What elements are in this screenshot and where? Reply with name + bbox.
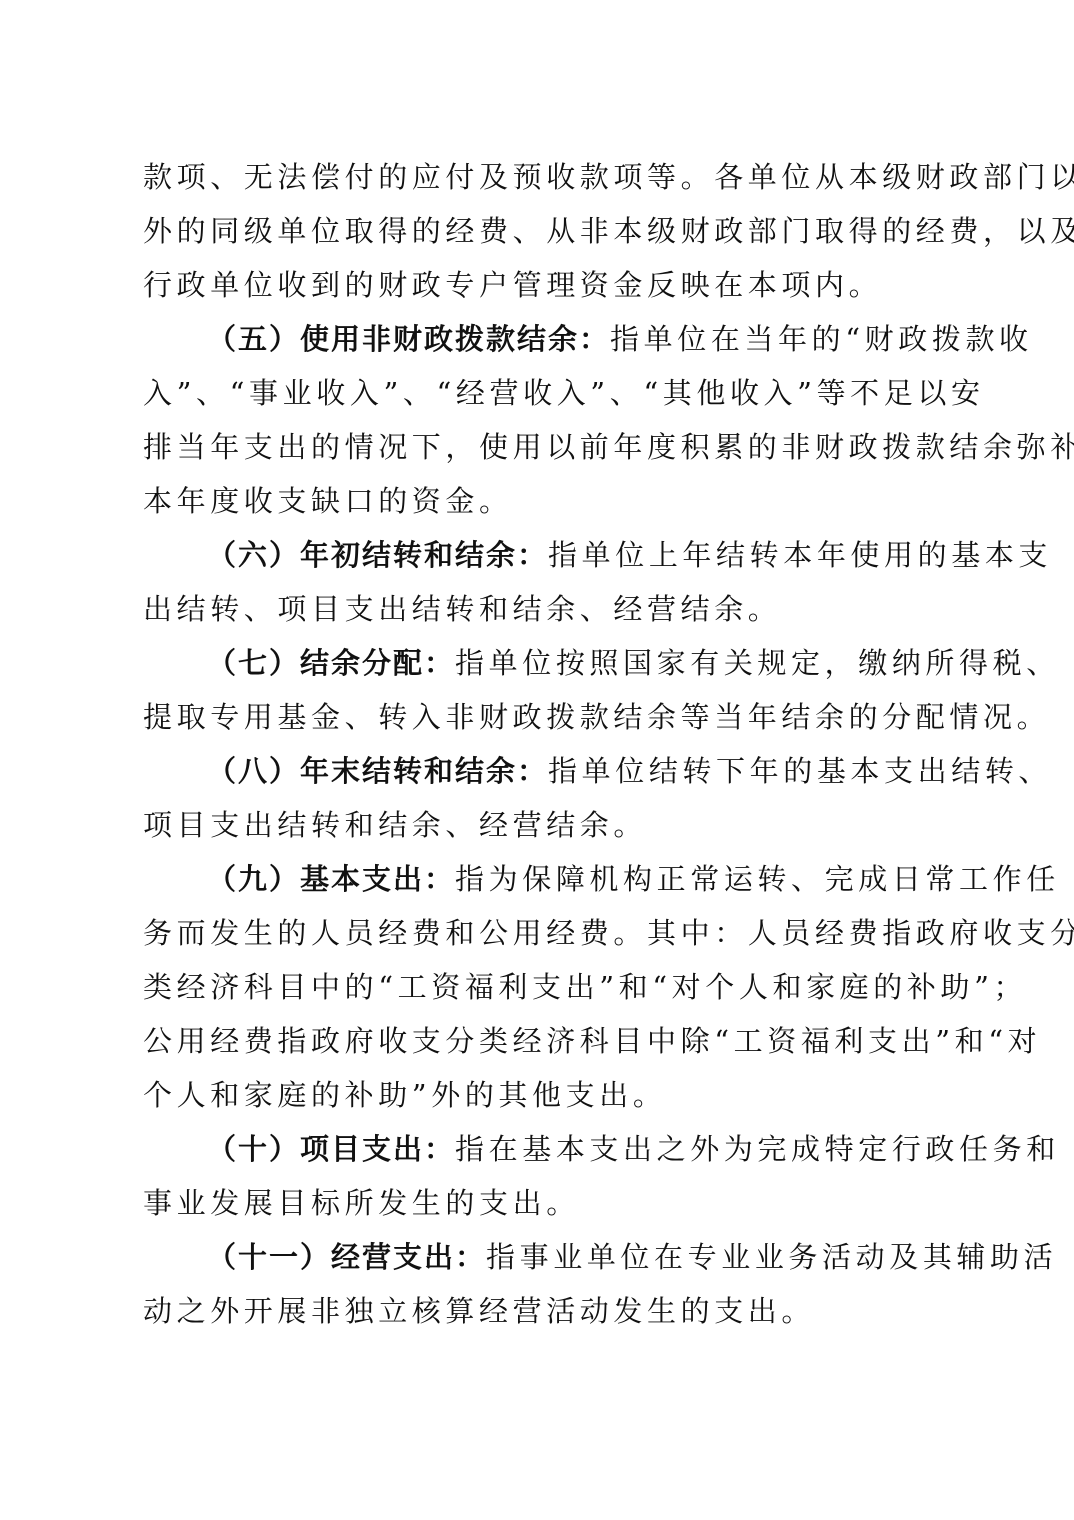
document-page: 款项、无法偿付的应付及预收款项等。各单位从本级财政部门以 外的同级单位取得的经费… xyxy=(143,154,943,1342)
paragraph-item-6: （六）年初结转和结余：指单位上年结转本年使用的基本支 出结转、项目支出结转和结余… xyxy=(143,532,943,640)
text-line: 动之外开展非独立核算经营活动发生的支出。 xyxy=(143,1288,943,1342)
text-line: 本年度收支缺口的资金。 xyxy=(143,478,943,532)
text-line: 款项、无法偿付的应付及预收款项等。各单位从本级财政部门以 xyxy=(143,154,943,208)
text-line: （五）使用非财政拨款结余：指单位在当年的“财政拨款收 xyxy=(143,316,943,370)
item-heading: （九）基本支出： xyxy=(207,862,455,896)
text-line: 出结转、项目支出结转和结余、经营结余。 xyxy=(143,586,943,640)
paragraph-item-7: （七）结余分配：指单位按照国家有关规定，缴纳所得税、 提取专用基金、转入非财政拨… xyxy=(143,640,943,748)
item-text: 指单位在当年的“财政拨款收 xyxy=(610,322,1033,356)
item-heading: （五）使用非财政拨款结余： xyxy=(207,322,610,356)
item-heading: （六）年初结转和结余： xyxy=(207,538,548,572)
text-line: （七）结余分配：指单位按照国家有关规定，缴纳所得税、 xyxy=(143,640,943,694)
text-line: （十一）经营支出：指事业单位在专业业务活动及其辅助活 xyxy=(143,1234,943,1288)
item-heading: （十）项目支出： xyxy=(207,1132,455,1166)
text-line: 务而发生的人员经费和公用经费。其中：人员经费指政府收支分 xyxy=(143,910,943,964)
text-line: 提取专用基金、转入非财政拨款结余等当年结余的分配情况。 xyxy=(143,694,943,748)
text-line: （八）年末结转和结余：指单位结转下年的基本支出结转、 xyxy=(143,748,943,802)
text-line: （十）项目支出：指在基本支出之外为完成特定行政任务和 xyxy=(143,1126,943,1180)
paragraph-item-9: （九）基本支出：指为保障机构正常运转、完成日常工作任 务而发生的人员经费和公用经… xyxy=(143,856,943,1126)
text-line: 公用经费指政府收支分类经济科目中除“工资福利支出”和“对 xyxy=(143,1018,943,1072)
item-text: 指单位上年结转本年使用的基本支 xyxy=(548,538,1052,572)
item-text: 指事业单位在专业业务活动及其辅助活 xyxy=(486,1240,1057,1274)
text-line: 事业发展目标所发生的支出。 xyxy=(143,1180,943,1234)
paragraph-item-5: （五）使用非财政拨款结余：指单位在当年的“财政拨款收 入”、“事业收入”、“经营… xyxy=(143,316,943,532)
item-text: 指为保障机构正常运转、完成日常工作任 xyxy=(455,862,1060,896)
item-text: 指单位结转下年的基本支出结转、 xyxy=(548,754,1052,788)
text-line: 排当年支出的情况下，使用以前年度积累的非财政拨款结余弥补 xyxy=(143,424,943,478)
text-line: 行政单位收到的财政专户管理资金反映在本项内。 xyxy=(143,262,943,316)
text-line: （六）年初结转和结余：指单位上年结转本年使用的基本支 xyxy=(143,532,943,586)
paragraph-item-10: （十）项目支出：指在基本支出之外为完成特定行政任务和 事业发展目标所发生的支出。 xyxy=(143,1126,943,1234)
item-text: 指在基本支出之外为完成特定行政任务和 xyxy=(455,1132,1060,1166)
paragraph-item-8: （八）年末结转和结余：指单位结转下年的基本支出结转、 项目支出结转和结余、经营结… xyxy=(143,748,943,856)
paragraph-continuation: 款项、无法偿付的应付及预收款项等。各单位从本级财政部门以 外的同级单位取得的经费… xyxy=(143,154,943,316)
text-line: 类经济科目中的“工资福利支出”和“对个人和家庭的补助”； xyxy=(143,964,943,1018)
text-line: （九）基本支出：指为保障机构正常运转、完成日常工作任 xyxy=(143,856,943,910)
paragraph-item-11: （十一）经营支出：指事业单位在专业业务活动及其辅助活 动之外开展非独立核算经营活… xyxy=(143,1234,943,1342)
text-line: 外的同级单位取得的经费、从非本级财政部门取得的经费，以及 xyxy=(143,208,943,262)
item-heading: （七）结余分配： xyxy=(207,646,455,680)
text-line: 项目支出结转和结余、经营结余。 xyxy=(143,802,943,856)
item-text: 指单位按照国家有关规定，缴纳所得税、 xyxy=(455,646,1060,680)
text-line: 个人和家庭的补助”外的其他支出。 xyxy=(143,1072,943,1126)
item-heading: （十一）经营支出： xyxy=(207,1240,486,1274)
item-heading: （八）年末结转和结余： xyxy=(207,754,548,788)
text-line: 入”、“事业收入”、“经营收入”、“其他收入”等不足以安 xyxy=(143,370,943,424)
